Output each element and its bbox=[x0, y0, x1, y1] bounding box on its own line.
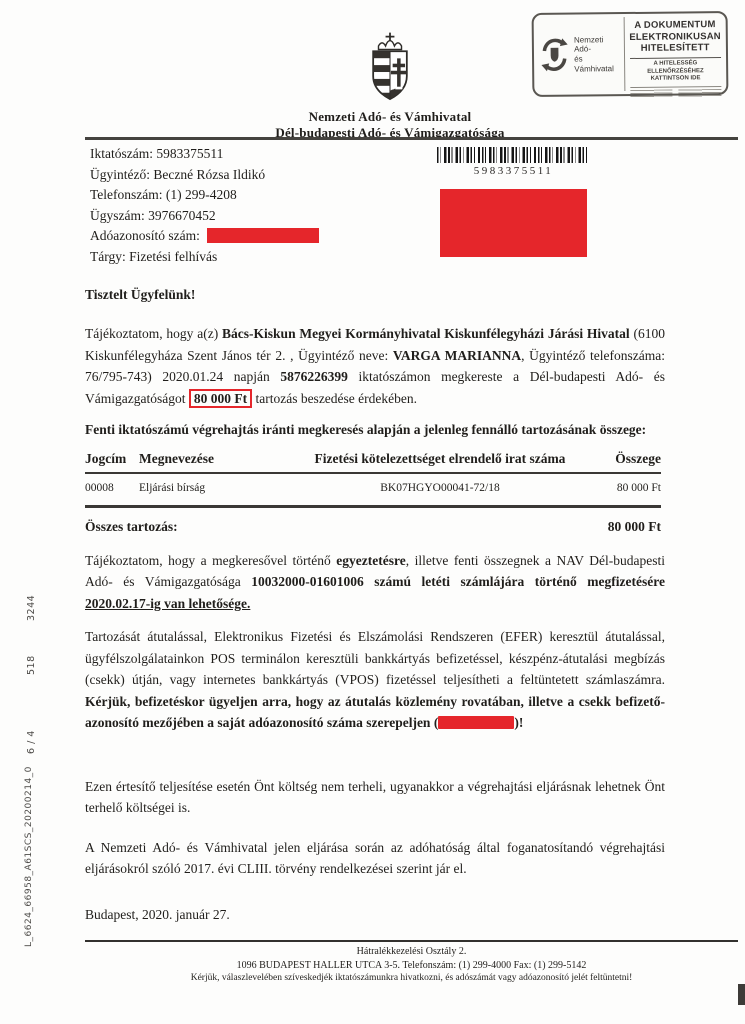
stamp-title: A DOKUMENTUM ELEKTRONIKUSAN HITELESÍTETT bbox=[629, 19, 721, 55]
letterhead-rule bbox=[85, 137, 738, 140]
paragraph-debt-intro: Fenti iktatószámú végrehajtás iránti meg… bbox=[85, 419, 665, 441]
margin-mark-document-code: L_6624_66958_A61SCS_20200214_0 bbox=[24, 766, 34, 947]
debt-table: Jogcím Megnevezése Fizetési kötelezettsé… bbox=[85, 448, 661, 538]
taxpayer-id-redaction bbox=[207, 228, 319, 243]
barcode-number: 5983375511 bbox=[437, 165, 590, 177]
hungarian-coat-of-arms-icon bbox=[359, 30, 421, 108]
payer-id-redaction bbox=[438, 716, 514, 729]
paragraph-payment-methods: Tartozását átutalással, Elektronikus Fiz… bbox=[85, 626, 665, 734]
paragraph-legal-basis: A Nemzeti Adó- és Vámhivatal jelen eljár… bbox=[85, 837, 665, 880]
nav-circular-logo-icon bbox=[539, 35, 571, 75]
debt-table-total-row: Összes tartozás: 80 000 Ft bbox=[85, 505, 661, 538]
stamp-fineprint bbox=[630, 86, 722, 98]
fineprint-column bbox=[679, 89, 722, 97]
stamp-verify-link[interactable]: A HITELESSÉG ELLENŐRZÉSÉHEZ KATTINTSON I… bbox=[630, 57, 722, 84]
paragraph-costs: Ezen értesítő teljesítése esetén Önt köl… bbox=[85, 776, 665, 819]
meta-adoazonosito: Adóazonosító szám: bbox=[90, 226, 319, 247]
margin-mark: 518 bbox=[26, 655, 37, 675]
salutation: Tisztelt Ügyfelünk! bbox=[85, 286, 665, 303]
footer: Hátralékkezelési Osztály 2. 1096 BUDAPES… bbox=[85, 940, 738, 986]
authentication-stamp: Nemzeti Adó- és Vámhivatal A DOKUMENTUM … bbox=[532, 11, 729, 97]
paragraph-payment-deadline: Tájékoztatom, hogy a megkeresővel történ… bbox=[85, 550, 665, 615]
meta-block: Iktatószám: 5983375511 Ügyintéző: Beczné… bbox=[90, 144, 319, 268]
meta-ugyintezo: Ügyintéző: Beczné Rózsa Ildikó bbox=[90, 165, 319, 186]
scan-edge-artifact bbox=[738, 984, 745, 1005]
debt-table-header: Jogcím Megnevezése Fizetési kötelezettsé… bbox=[85, 448, 661, 475]
meta-targy: Tárgy: Fizetési felhívás bbox=[90, 247, 319, 268]
meta-telefonszam: Telefonszám: (1) 299-4208 bbox=[90, 185, 319, 206]
scanned-letter-page: 3244 518 6 / 4 L_6624_66958_A61SCS_20200… bbox=[0, 0, 745, 1024]
paragraph-enforcement-request: Tájékoztatom, hogy a(z) Bács-Kiskun Megy… bbox=[85, 323, 665, 409]
total-label: Összes tartozás: bbox=[85, 516, 178, 538]
meta-ugyszam: Ügyszám: 3976670452 bbox=[90, 206, 319, 227]
total-value: 80 000 Ft bbox=[608, 516, 661, 538]
stamp-org-name: Nemzeti Adó- és Vámhivatal bbox=[574, 35, 622, 74]
stamp-left: Nemzeti Adó- és Vámhivatal bbox=[537, 17, 624, 92]
letter-body: Tisztelt Ügyfelünk! Tájékoztatom, hogy a… bbox=[85, 286, 665, 925]
date-line: Budapest, 2020. január 27. bbox=[85, 904, 665, 926]
recipient-address-redaction bbox=[440, 189, 587, 257]
highlighted-amount: 80 000 Ft bbox=[189, 389, 252, 408]
margin-mark: 6 / 4 bbox=[26, 730, 37, 754]
stamp-right: A DOKUMENTUM ELEKTRONIKUSAN HITELESÍTETT… bbox=[623, 16, 723, 91]
footer-note: Kérjük, válaszlevelében szíveskedjék ikt… bbox=[85, 972, 738, 986]
footer-department: Hátralékkezelési Osztály 2. bbox=[85, 945, 738, 959]
footer-address: 1096 BUDAPEST HALLER UTCA 3-5. Telefonsz… bbox=[85, 959, 738, 973]
fineprint-column bbox=[630, 89, 673, 97]
debt-table-row: 00008 Eljárási bírság BK07HGYO00041-72/1… bbox=[85, 474, 661, 505]
org-name: Nemzeti Adó- és Vámhivatal bbox=[100, 109, 680, 125]
meta-iktatoszam: Iktatószám: 5983375511 bbox=[90, 144, 319, 165]
margin-mark: 3244 bbox=[26, 595, 37, 621]
barcode bbox=[437, 147, 590, 163]
